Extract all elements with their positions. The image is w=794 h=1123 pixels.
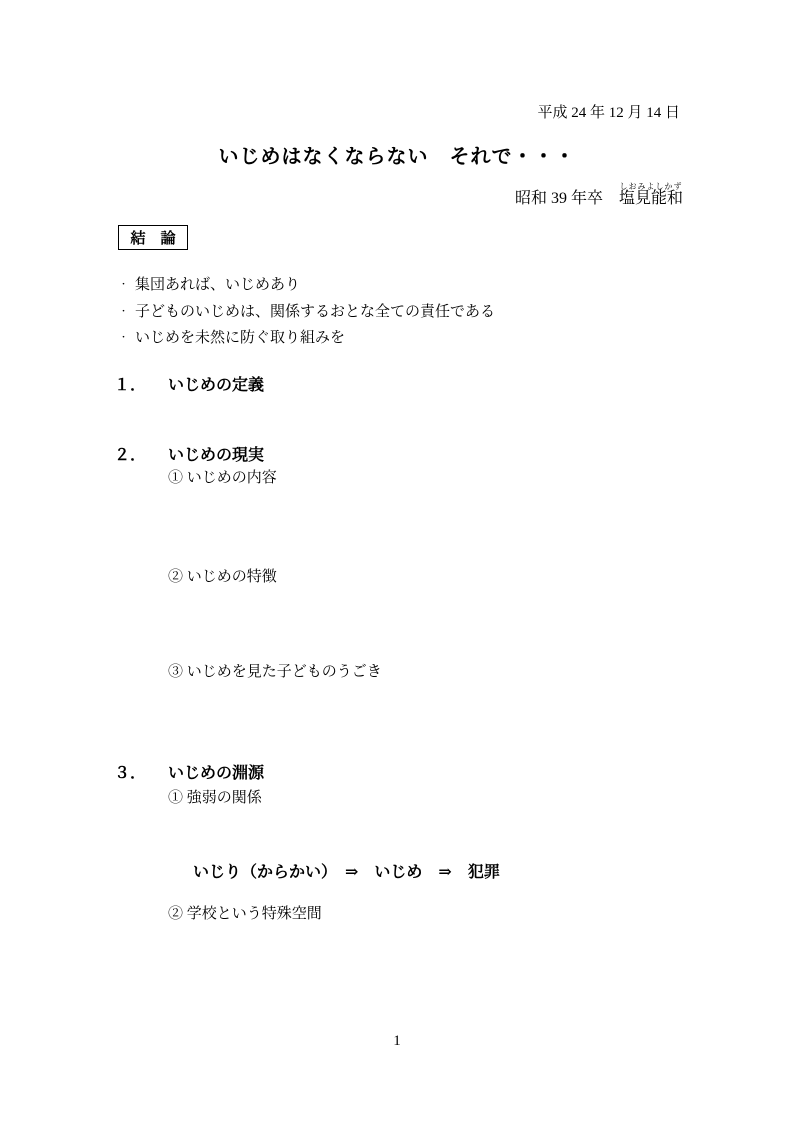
document-title: いじめはなくならない それで・・・ xyxy=(0,140,794,169)
section-2-number: ２． xyxy=(114,442,168,465)
author-line: 昭和 39 年卒塩見能和しおみよしかず xyxy=(515,182,683,208)
conclusion-point-text: 子どものいじめは、関係するおとな全ての責任である xyxy=(135,300,495,321)
section-2-title: いじめの現実 xyxy=(168,447,264,464)
conclusion-point-text: いじめを未然に防ぐ取り組みを xyxy=(135,326,345,347)
section-1-title: いじめの定義 xyxy=(168,377,264,394)
bullet-icon: ・ xyxy=(119,304,135,317)
conclusion-point-3: ・ いじめを未然に防ぐ取り組みを xyxy=(119,326,345,347)
conclusion-label-box: 結 論 xyxy=(118,225,188,250)
author-graduation-year: 昭和 39 年卒 xyxy=(515,190,603,207)
page-number: 1 xyxy=(0,1033,794,1050)
section-3-item-2: ② 学校という特殊空間 xyxy=(168,902,322,923)
conclusion-point-text: 集団あれば、いじめあり xyxy=(135,273,300,294)
bullet-icon: ・ xyxy=(119,277,135,290)
bullet-icon: ・ xyxy=(119,330,135,343)
section-2-item-1: ① いじめの内容 xyxy=(168,466,277,487)
section-3-heading: ３．いじめの淵源 xyxy=(114,760,264,783)
conclusion-point-2: ・ 子どものいじめは、関係するおとな全ての責任である xyxy=(119,300,495,321)
author-name-text: 塩見能和 xyxy=(619,190,683,207)
author-furigana: しおみよしかず xyxy=(619,182,683,191)
section-2-heading: ２．いじめの現実 xyxy=(114,442,264,465)
section-2-item-2: ② いじめの特徴 xyxy=(168,565,277,586)
section-1-number: １． xyxy=(114,372,168,395)
conclusion-point-1: ・ 集団あれば、いじめあり xyxy=(119,273,300,294)
date-line: 平成 24 年 12 月 14 日 xyxy=(537,101,680,122)
conclusion-label: 結 論 xyxy=(130,227,175,248)
escalation-flow-line: いじり（からかい） ⇒ いじめ ⇒ 犯罪 xyxy=(193,859,500,882)
section-3-title: いじめの淵源 xyxy=(168,765,264,782)
section-2-item-3: ③ いじめを見た子どものうごき xyxy=(168,660,382,681)
section-1-heading: １．いじめの定義 xyxy=(114,372,264,395)
author-name: 塩見能和しおみよしかず xyxy=(619,190,683,207)
section-3-number: ３． xyxy=(114,760,168,783)
section-3-item-1: ① 強弱の関係 xyxy=(168,786,262,807)
document-page: 平成 24 年 12 月 14 日 いじめはなくならない それで・・・ 昭和 3… xyxy=(0,0,794,1123)
